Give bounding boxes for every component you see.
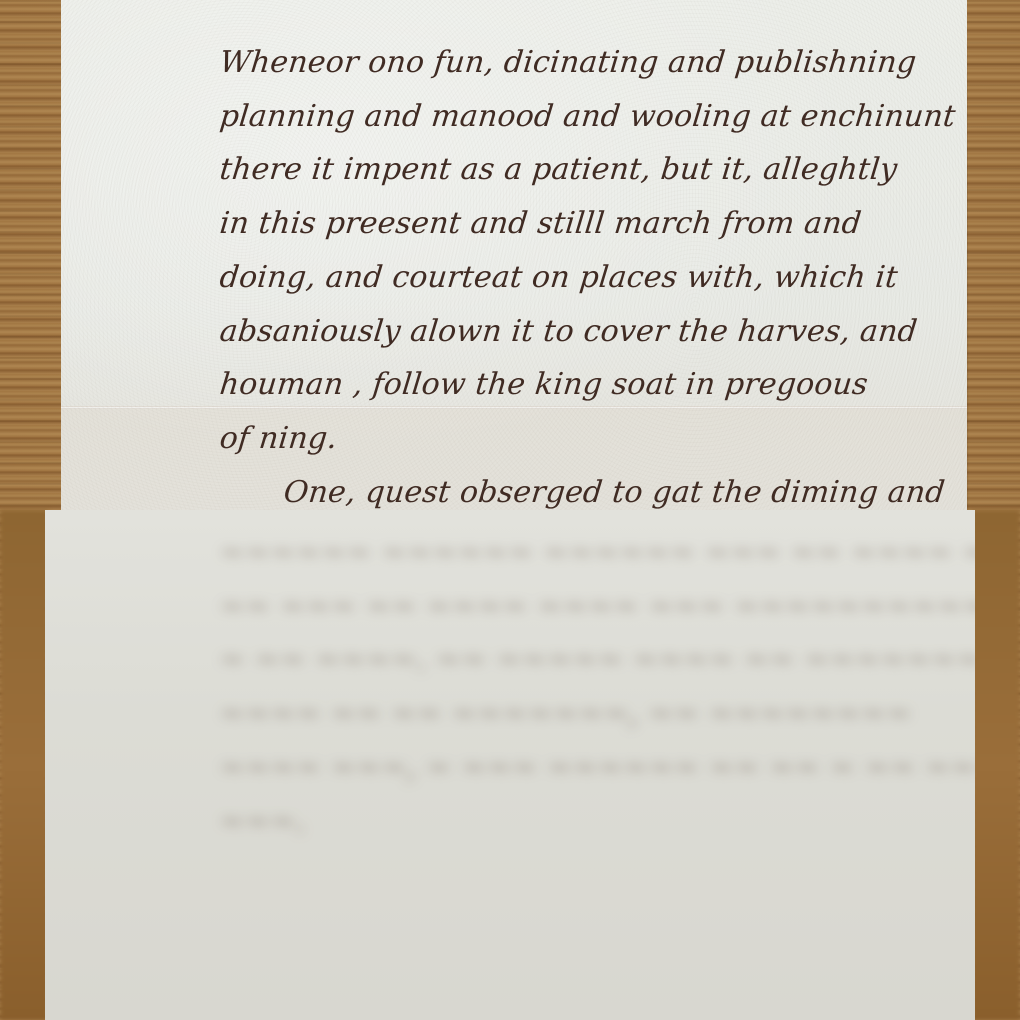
text-line: Wheneor ono fun, dicinating and publishn… [217,36,963,90]
blurred-text-line: ~~~. [217,795,943,849]
text-line: absaniously alown it to cover the harves… [217,305,963,359]
blurred-text-line: ~~~~ ~~ ~~ ~~~~~~~, ~~ ~~~~~~~~ [217,687,943,741]
handwritten-text: Wheneor ono fun, dicinating and publishn… [217,36,957,519]
blurred-wood-left [0,510,48,1020]
text-line: planning and manood and wooling at enchi… [217,90,963,144]
blurred-handwritten-text: ~~~~~~ ~~~~~~ ~~~~~~ ~~~ ~~ ~~~~ ~~~~ ~~… [217,526,937,848]
blurred-wood-right [972,510,1020,1020]
text-line: in this preesent and stilll march from a… [217,197,963,251]
blurred-text-line: ~~ ~~~ ~~ ~~~~ ~~~~ ~~~ ~~~~~~~~~~~ [217,580,943,634]
text-line: of ning. [217,412,963,466]
blurred-text-line: ~~~~~~ ~~~~~~ ~~~~~~ ~~~ ~~ ~~~~ ~~~~ [217,526,943,580]
blurred-paper-bottom: ~~~~~~ ~~~~~~ ~~~~~~ ~~~ ~~ ~~~~ ~~~~ ~~… [45,510,975,1020]
text-line: there it impent as a patient, but it, al… [217,143,963,197]
letter-paper-top: Wheneor ono fun, dicinating and publishn… [61,0,967,510]
text-line: houman , follow the king soat in pregoou… [217,358,963,412]
text-line: doing, and courteat on places with, whic… [217,251,963,305]
blurred-text-line: ~ ~~ ~~~~. ~~ ~~~~~ ~~~~ ~~ ~~~~~~~ [217,633,943,687]
blurred-text-line: ~~~~ ~~~, ~ ~~~ ~~~~~~ ~~ ~~ ~ ~~ ~~~ [217,741,943,795]
